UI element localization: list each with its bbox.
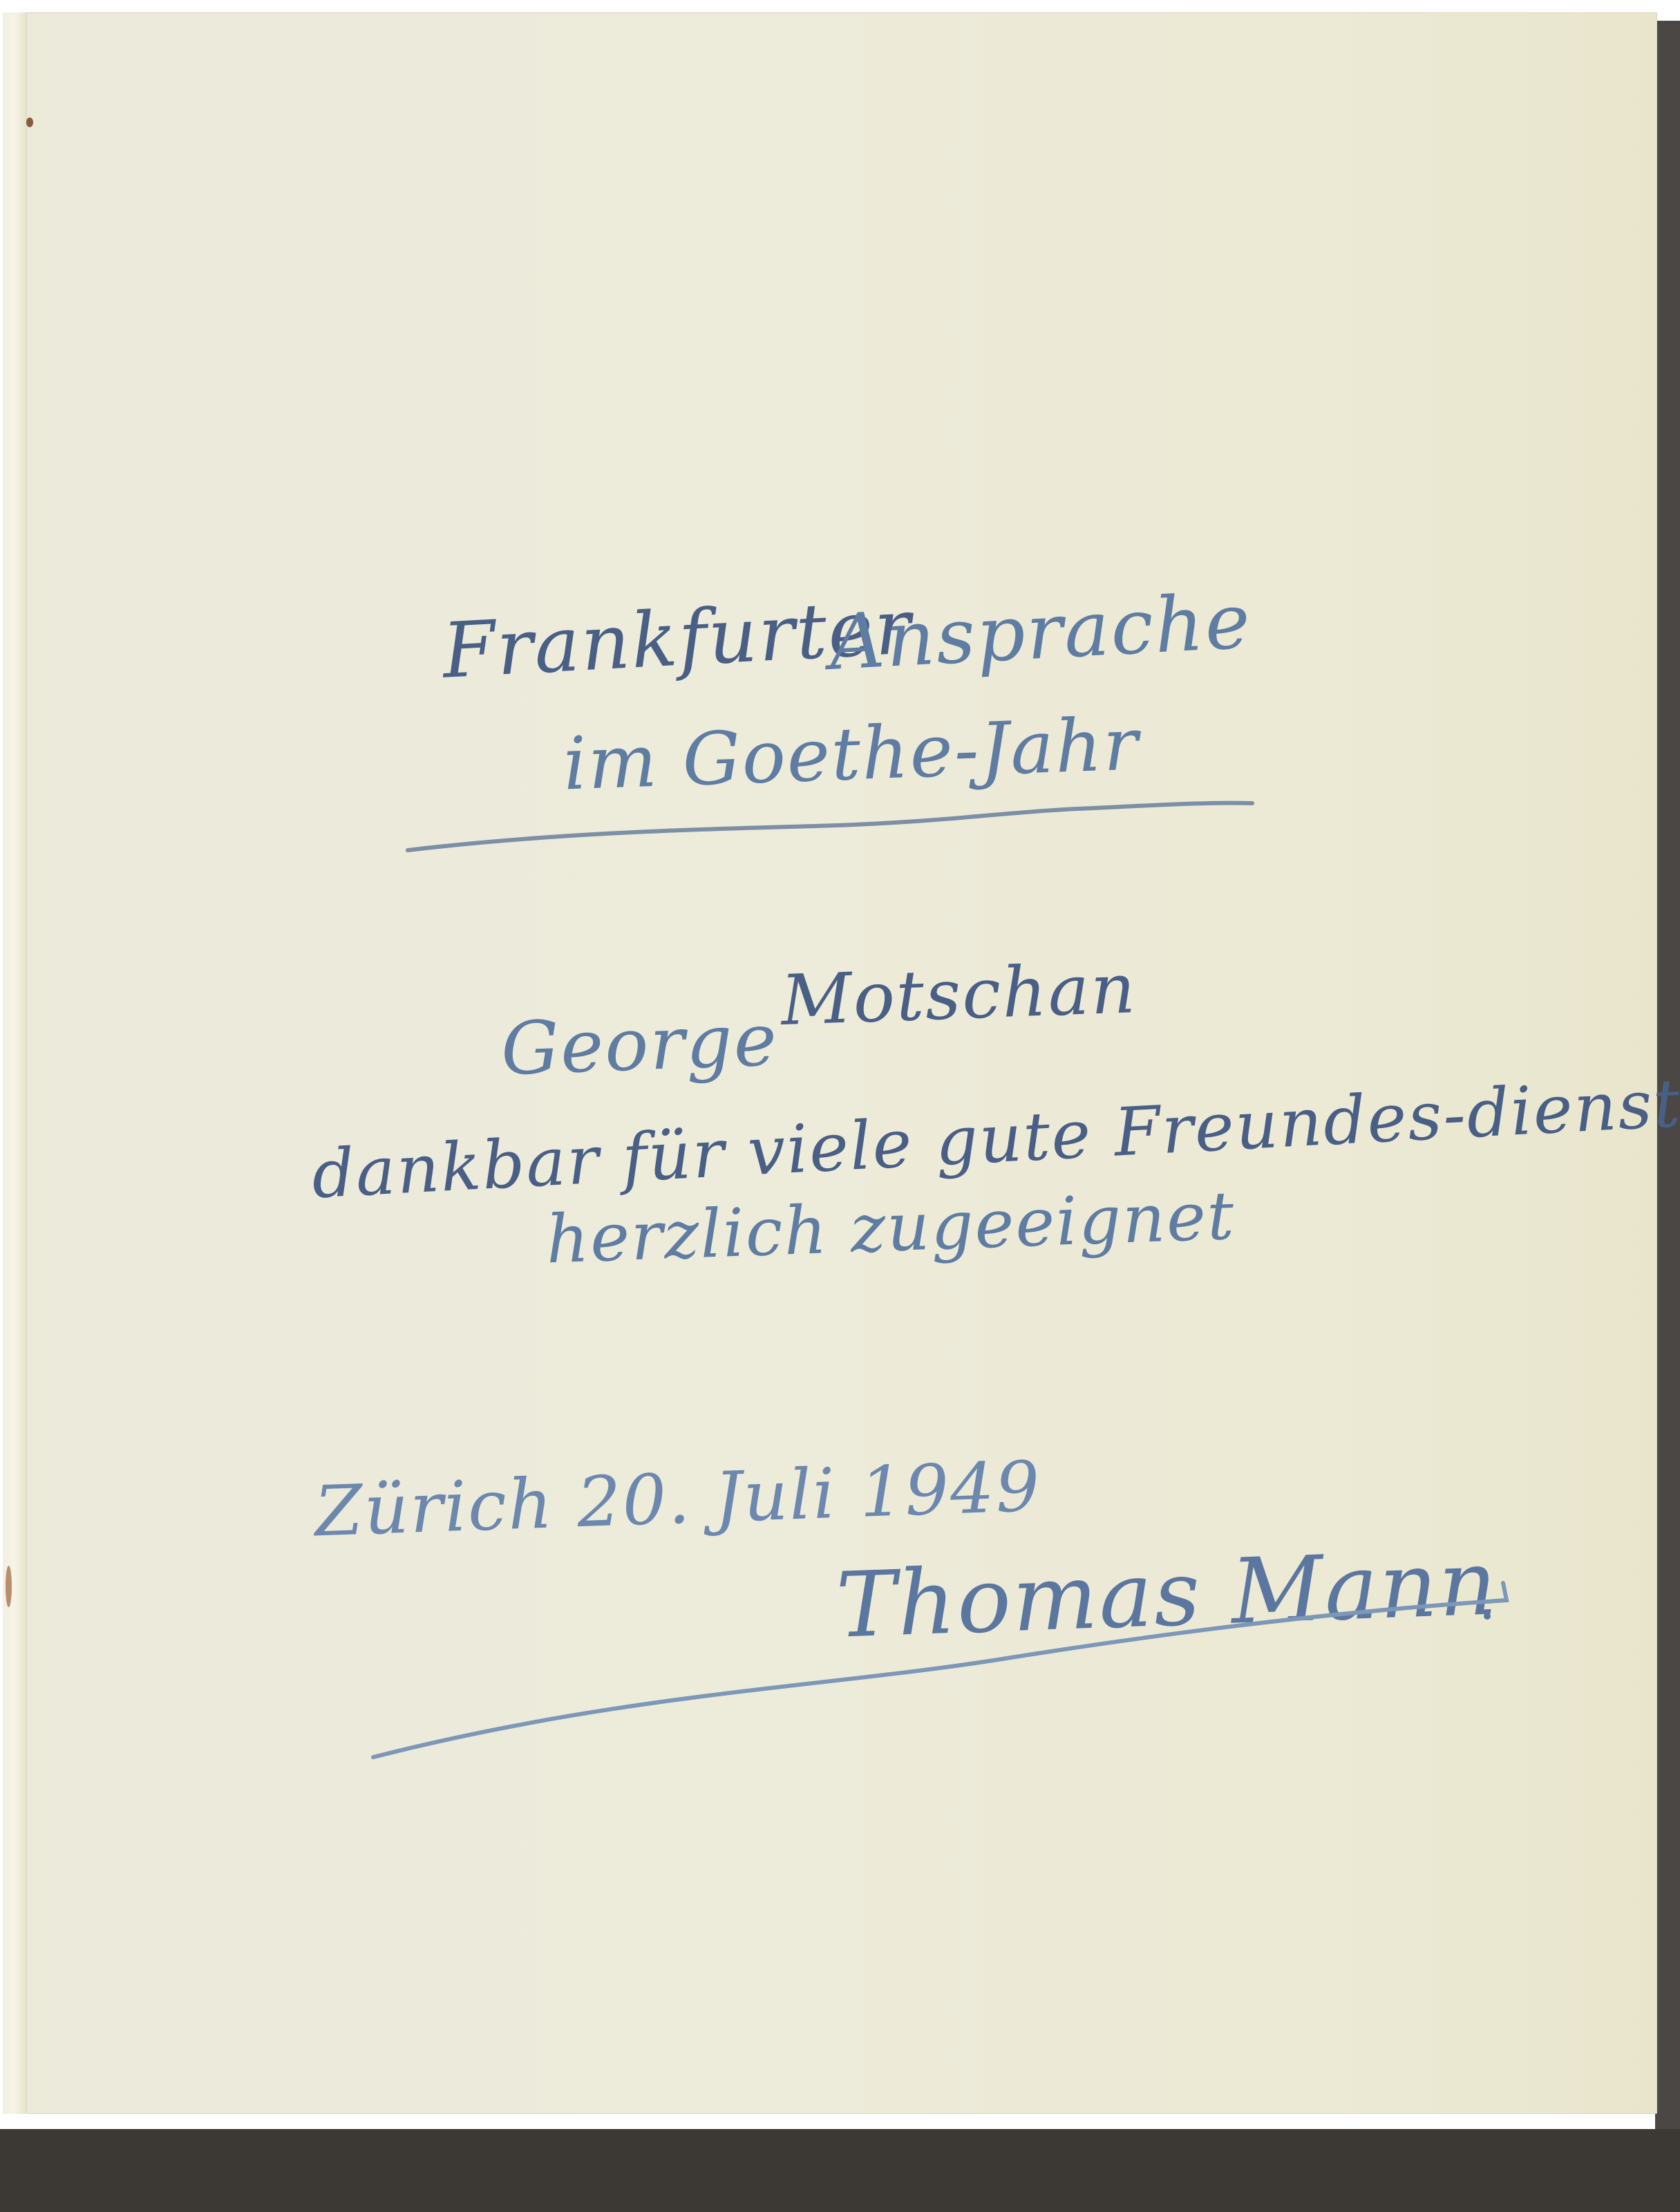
ink-strokes [0, 0, 1680, 2212]
signature-dot [1484, 1613, 1491, 1620]
title-underline [408, 803, 1252, 850]
signature-underline [373, 1583, 1507, 1757]
